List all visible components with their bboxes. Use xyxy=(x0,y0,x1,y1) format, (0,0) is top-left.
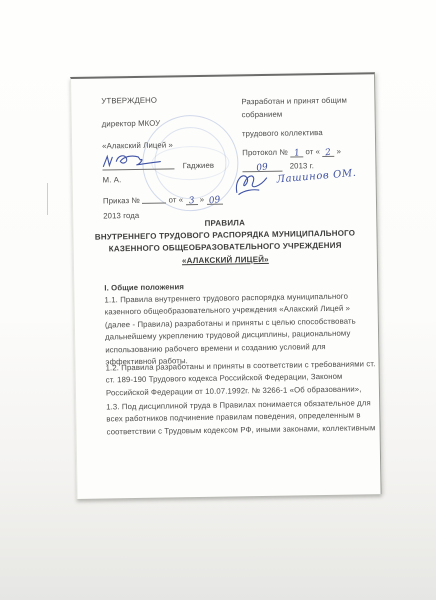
order-row: Приказ № от « 3 » 09 xyxy=(103,193,223,208)
signer-initials: М. А. xyxy=(103,174,122,187)
order-label: Приказ № xyxy=(103,196,140,206)
collective-line: трудового коллектива xyxy=(242,127,323,141)
paragraph-1-2: 1.2. Правила разработаны и приняты в соо… xyxy=(105,358,391,400)
order-quote-close: » xyxy=(200,195,205,204)
protocol-number-handwritten: 1 xyxy=(293,149,300,159)
protocol-row: Протокол № 1 от « 2 » xyxy=(242,146,341,160)
order-number-blank xyxy=(142,194,166,204)
protocol-year: 2013 г. xyxy=(290,161,314,170)
director-label: директор МКОУ xyxy=(102,118,161,131)
developed-line1: Разработан и принят общим xyxy=(241,95,347,109)
developed-line2: собранием xyxy=(242,109,283,122)
order-day-blank: 3 xyxy=(185,195,197,205)
signer-surname: Гаджиев xyxy=(183,161,215,170)
document-title: ПРАВИЛА ВНУТРЕННЕГО ТРУДОВОГО РАСПОРЯДКА… xyxy=(73,215,377,269)
chairman-signature-icon xyxy=(232,168,272,199)
protocol-day-handwritten: 2 xyxy=(325,149,332,159)
protocol-number-blank: 1 xyxy=(290,147,303,157)
director-signature-icon xyxy=(100,151,166,170)
order-day-handwritten: 3 xyxy=(188,197,195,207)
protocol-day-blank: 2 xyxy=(322,147,334,157)
approved-label: УТВЕРЖДЕНО xyxy=(101,95,157,108)
chairman-signature-name: Лашинов ОМ. xyxy=(277,171,357,185)
protocol-from: от « xyxy=(305,147,320,156)
paragraph-1-1: 1.1. Правила внутреннего трудового распо… xyxy=(104,290,390,369)
order-month-handwritten: 09 xyxy=(208,196,221,207)
paragraph-1-3: 1.3. Под дисциплиной труда в Правилах по… xyxy=(106,397,392,439)
scan-edge-artifact xyxy=(47,183,48,215)
scan-background: УТВЕРЖДЕНО директор МКОУ «Алакский Лицей… xyxy=(0,0,436,600)
protocol-quote-close: » xyxy=(337,147,342,156)
document-page: УТВЕРЖДЕНО директор МКОУ «Алакский Лицей… xyxy=(70,72,382,499)
order-from: от « xyxy=(168,195,183,204)
order-month-blank: 09 xyxy=(206,195,222,205)
protocol-label: Протокол № xyxy=(242,148,288,158)
